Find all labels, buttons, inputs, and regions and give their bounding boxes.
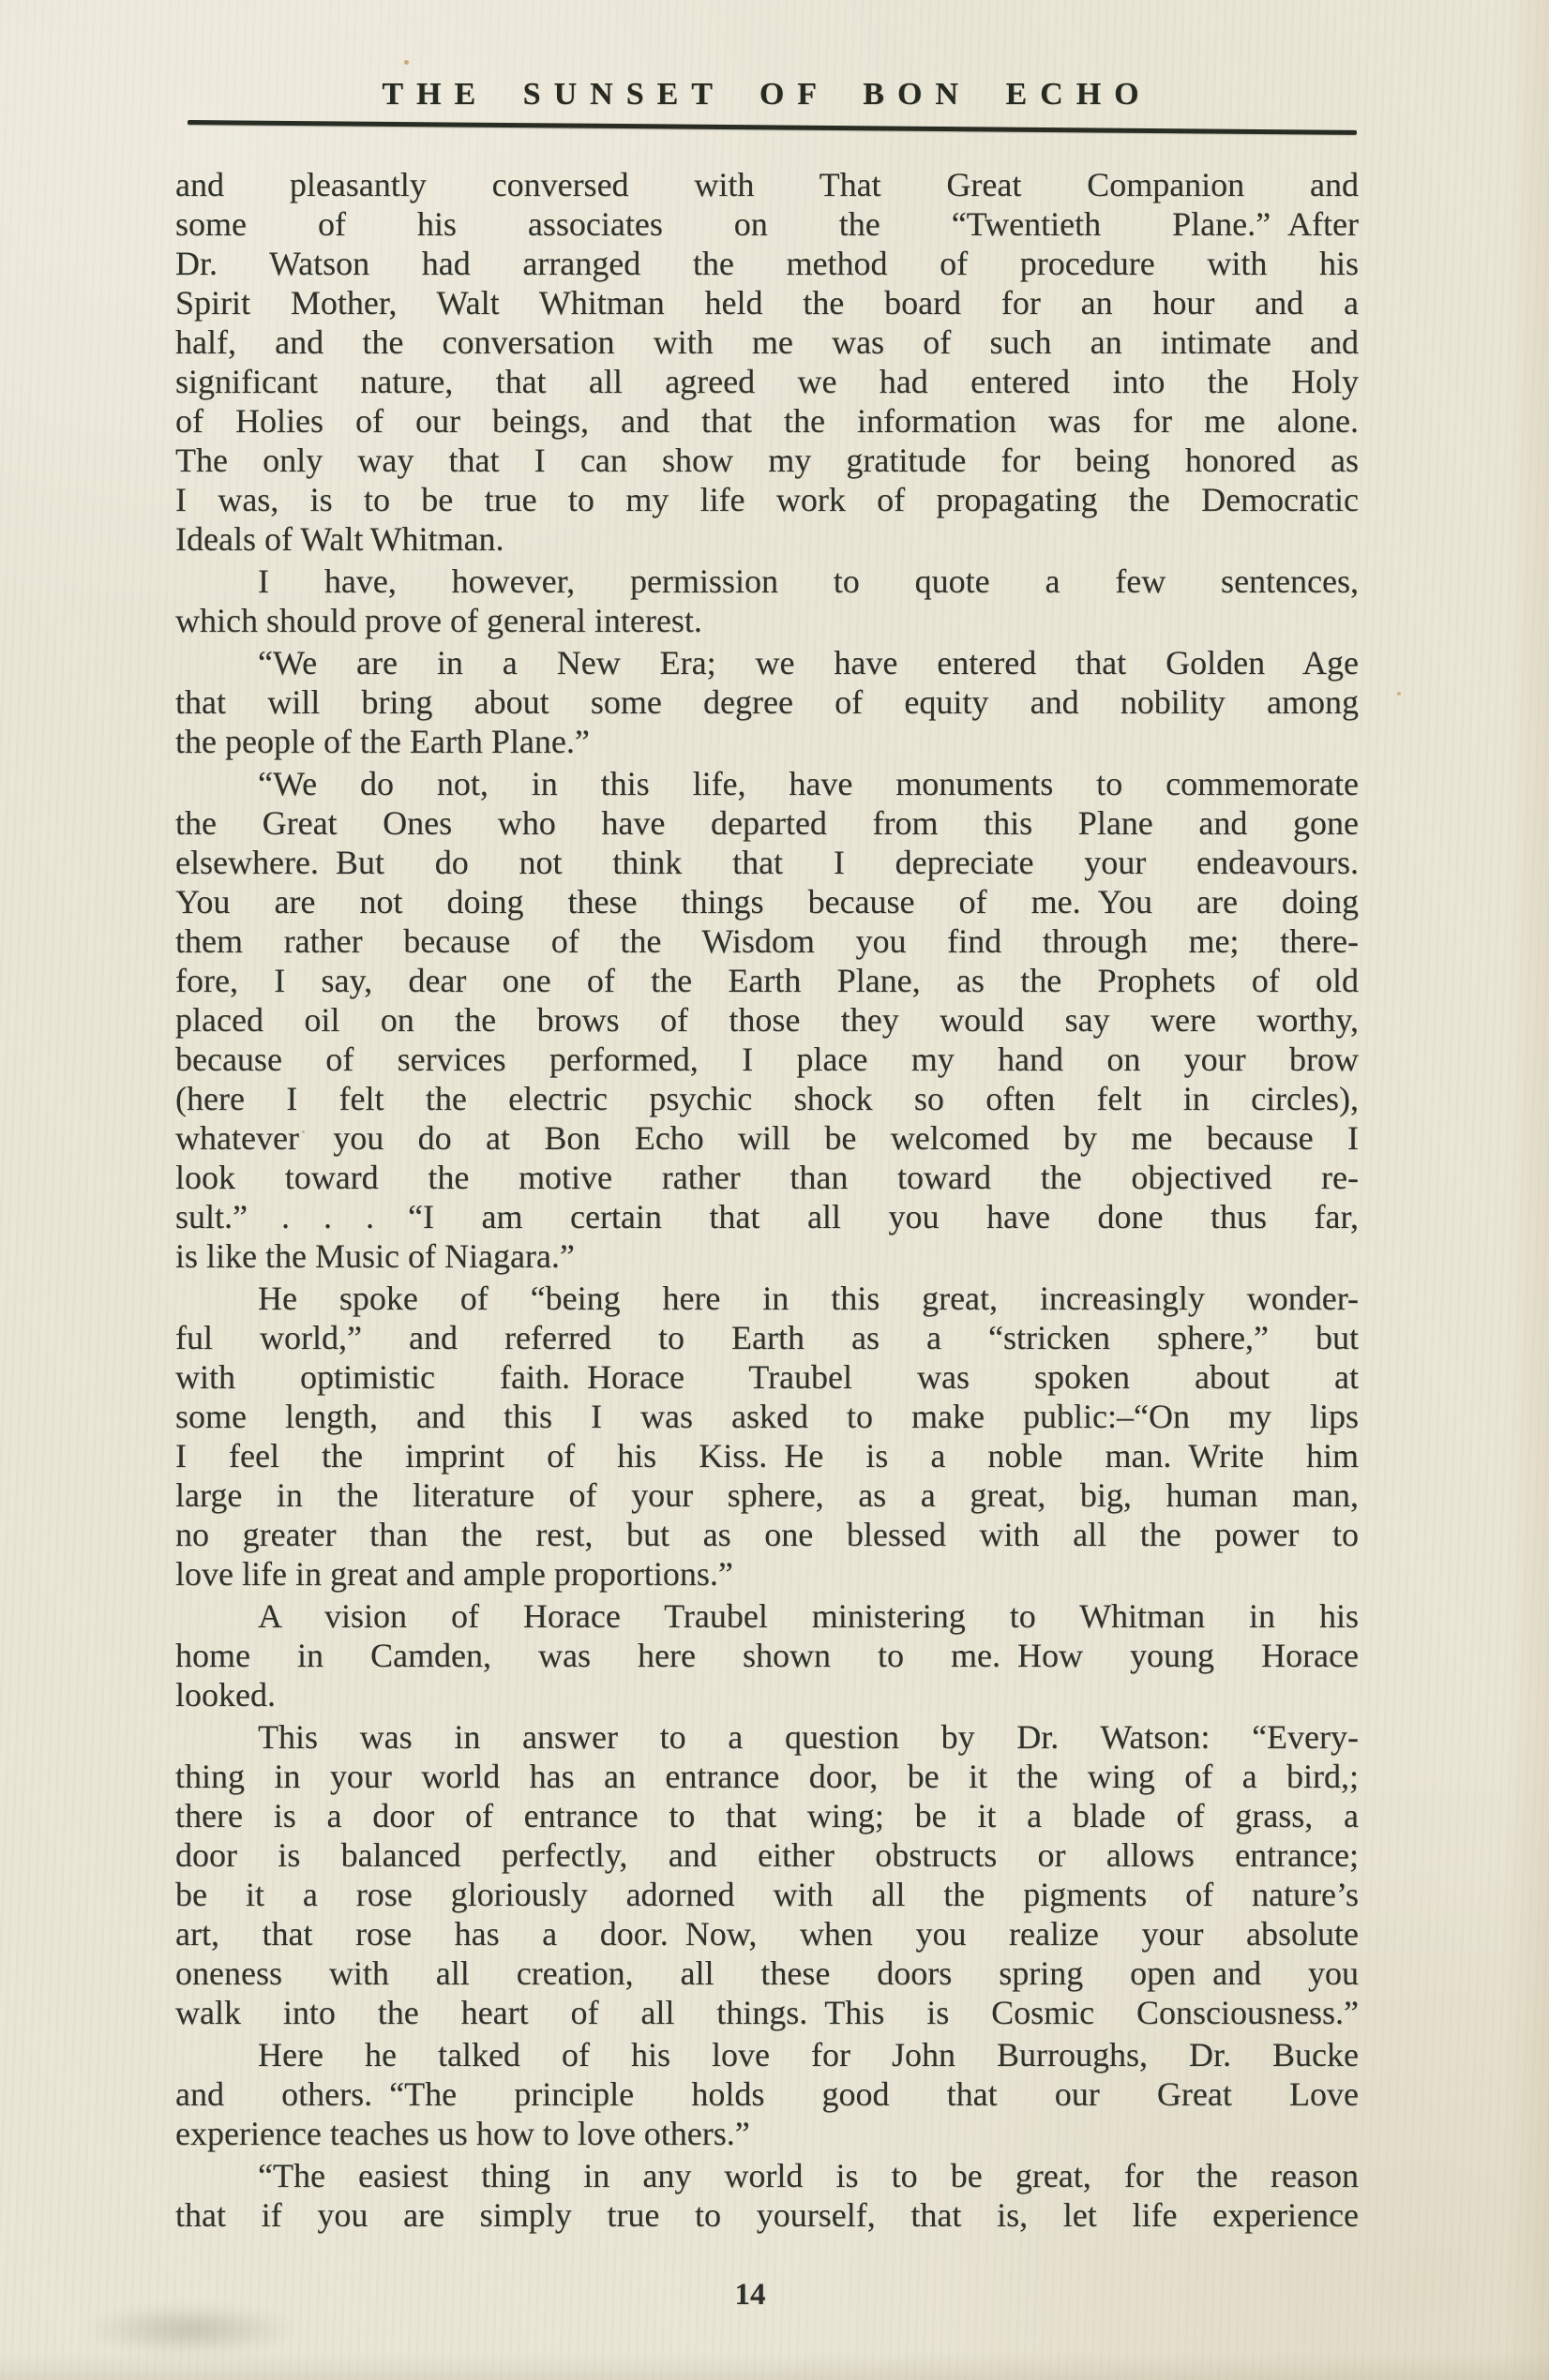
page-number: 14 bbox=[175, 2278, 1325, 2313]
text-line: half, and the conversation with me was o… bbox=[175, 322, 1359, 362]
text-line: significant nature, that all agreed we h… bbox=[175, 362, 1359, 401]
text-line: I was, is to be true to my life work of … bbox=[175, 480, 1359, 519]
header-rule bbox=[188, 120, 1357, 135]
text-line: He spoke of “being here in this great, i… bbox=[175, 1279, 1359, 1318]
text-line: there is a door of entrance to that wing… bbox=[175, 1796, 1359, 1835]
text-line: looked. bbox=[175, 1675, 1359, 1714]
text-line: You are not doing these things because o… bbox=[175, 882, 1359, 921]
paragraph: Here he talked of his love for John Burr… bbox=[175, 2035, 1359, 2153]
text-line: which should prove of general interest. bbox=[175, 601, 1359, 640]
text-line: because of services performed, I place m… bbox=[175, 1040, 1359, 1079]
text-line: the people of the Earth Plane.” bbox=[175, 722, 1359, 761]
text-line: thing in your world has an entrance door… bbox=[175, 1757, 1359, 1796]
text-line: Here he talked of his love for John Burr… bbox=[175, 2035, 1359, 2074]
paper-speck bbox=[302, 1130, 305, 1133]
text-line: and pleasantly conversed with That Great… bbox=[175, 165, 1359, 204]
text-line: Spirit Mother, Walt Whitman held the boa… bbox=[175, 283, 1359, 322]
paragraph: I have, however, permission to quote a f… bbox=[175, 561, 1359, 640]
paragraph: “The easiest thing in any world is to be… bbox=[175, 2156, 1359, 2235]
text-line: art, that rose has a door. Now, when you… bbox=[175, 1914, 1359, 1953]
text-line: that will bring about some degree of equ… bbox=[175, 682, 1359, 722]
text-line: sult.” . . . “I am certain that all you … bbox=[175, 1197, 1359, 1236]
text-line: The only way that I can show my gratitud… bbox=[175, 441, 1359, 480]
text-line: “We do not, in this life, have monuments… bbox=[175, 764, 1359, 803]
text-line: and others. “The principle holds good th… bbox=[175, 2074, 1359, 2114]
text-line: them rather because of the Wisdom you fi… bbox=[175, 921, 1359, 961]
text-line: the Great Ones who have departed from th… bbox=[175, 803, 1359, 843]
text-line: some length, and this I was asked to mak… bbox=[175, 1397, 1359, 1436]
text-line: Ideals of Walt Whitman. bbox=[175, 519, 1359, 559]
text-line: of Holies of our beings, and that the in… bbox=[175, 401, 1359, 441]
text-line: fore, I say, dear one of the Earth Plane… bbox=[175, 961, 1359, 1000]
text-line: that if you are simply true to yourself,… bbox=[175, 2195, 1359, 2235]
text-line: ful world,” and referred to Earth as a “… bbox=[175, 1318, 1359, 1357]
text-line: A vision of Horace Traubel ministering t… bbox=[175, 1596, 1359, 1636]
text-line: experience teaches us how to love others… bbox=[175, 2114, 1359, 2153]
text-line: is like the Music of Niagara.” bbox=[175, 1236, 1359, 1276]
paper-speck bbox=[404, 60, 409, 65]
text-line: love life in great and ample proportions… bbox=[175, 1554, 1359, 1594]
text-line: no greater than the rest, but as one ble… bbox=[175, 1515, 1359, 1554]
text-line: with optimistic faith. Horace Traubel wa… bbox=[175, 1357, 1359, 1397]
text-line: Dr. Watson had arranged the method of pr… bbox=[175, 244, 1359, 283]
text-line: whatever you do at Bon Echo will be welc… bbox=[175, 1118, 1359, 1158]
body-text: and pleasantly conversed with That Great… bbox=[175, 165, 1359, 2235]
paragraph: “We are in a New Era; we have entered th… bbox=[175, 643, 1359, 761]
running-head-title: THE SUNSET OF BON ECHO bbox=[175, 77, 1359, 112]
text-line: I feel the imprint of his Kiss. He is a … bbox=[175, 1436, 1359, 1475]
text-line: some of his associates on the “Twentieth… bbox=[175, 204, 1359, 244]
book-page: THE SUNSET OF BON ECHO and pleasantly co… bbox=[0, 0, 1549, 2380]
paragraph: This was in answer to a question by Dr. … bbox=[175, 1717, 1359, 2032]
paragraph: and pleasantly conversed with That Great… bbox=[175, 165, 1359, 559]
paragraph: A vision of Horace Traubel ministering t… bbox=[175, 1596, 1359, 1714]
text-line: This was in answer to a question by Dr. … bbox=[175, 1717, 1359, 1757]
text-line: home in Camden, was here shown to me. Ho… bbox=[175, 1636, 1359, 1675]
text-line: look toward the motive rather than towar… bbox=[175, 1158, 1359, 1197]
text-line: “We are in a New Era; we have entered th… bbox=[175, 643, 1359, 682]
scan-smudge bbox=[83, 2304, 298, 2355]
text-line: (here I felt the electric psychic shock … bbox=[175, 1079, 1359, 1118]
text-line: I have, however, permission to quote a f… bbox=[175, 561, 1359, 601]
paragraph: He spoke of “being here in this great, i… bbox=[175, 1279, 1359, 1594]
text-line: large in the literature of your sphere, … bbox=[175, 1475, 1359, 1515]
text-line: oneness with all creation, all these doo… bbox=[175, 1953, 1359, 1993]
paper-speck bbox=[1397, 692, 1401, 696]
text-line: be it a rose gloriously adorned with all… bbox=[175, 1875, 1359, 1914]
text-line: placed oil on the brows of those they wo… bbox=[175, 1000, 1359, 1040]
paragraph: “We do not, in this life, have monuments… bbox=[175, 764, 1359, 1276]
text-line: door is balanced perfectly, and either o… bbox=[175, 1835, 1359, 1875]
text-line: walk into the heart of all things. This … bbox=[175, 1993, 1359, 2032]
text-line: “The easiest thing in any world is to be… bbox=[175, 2156, 1359, 2195]
text-line: elsewhere. But do not think that I depre… bbox=[175, 843, 1359, 882]
